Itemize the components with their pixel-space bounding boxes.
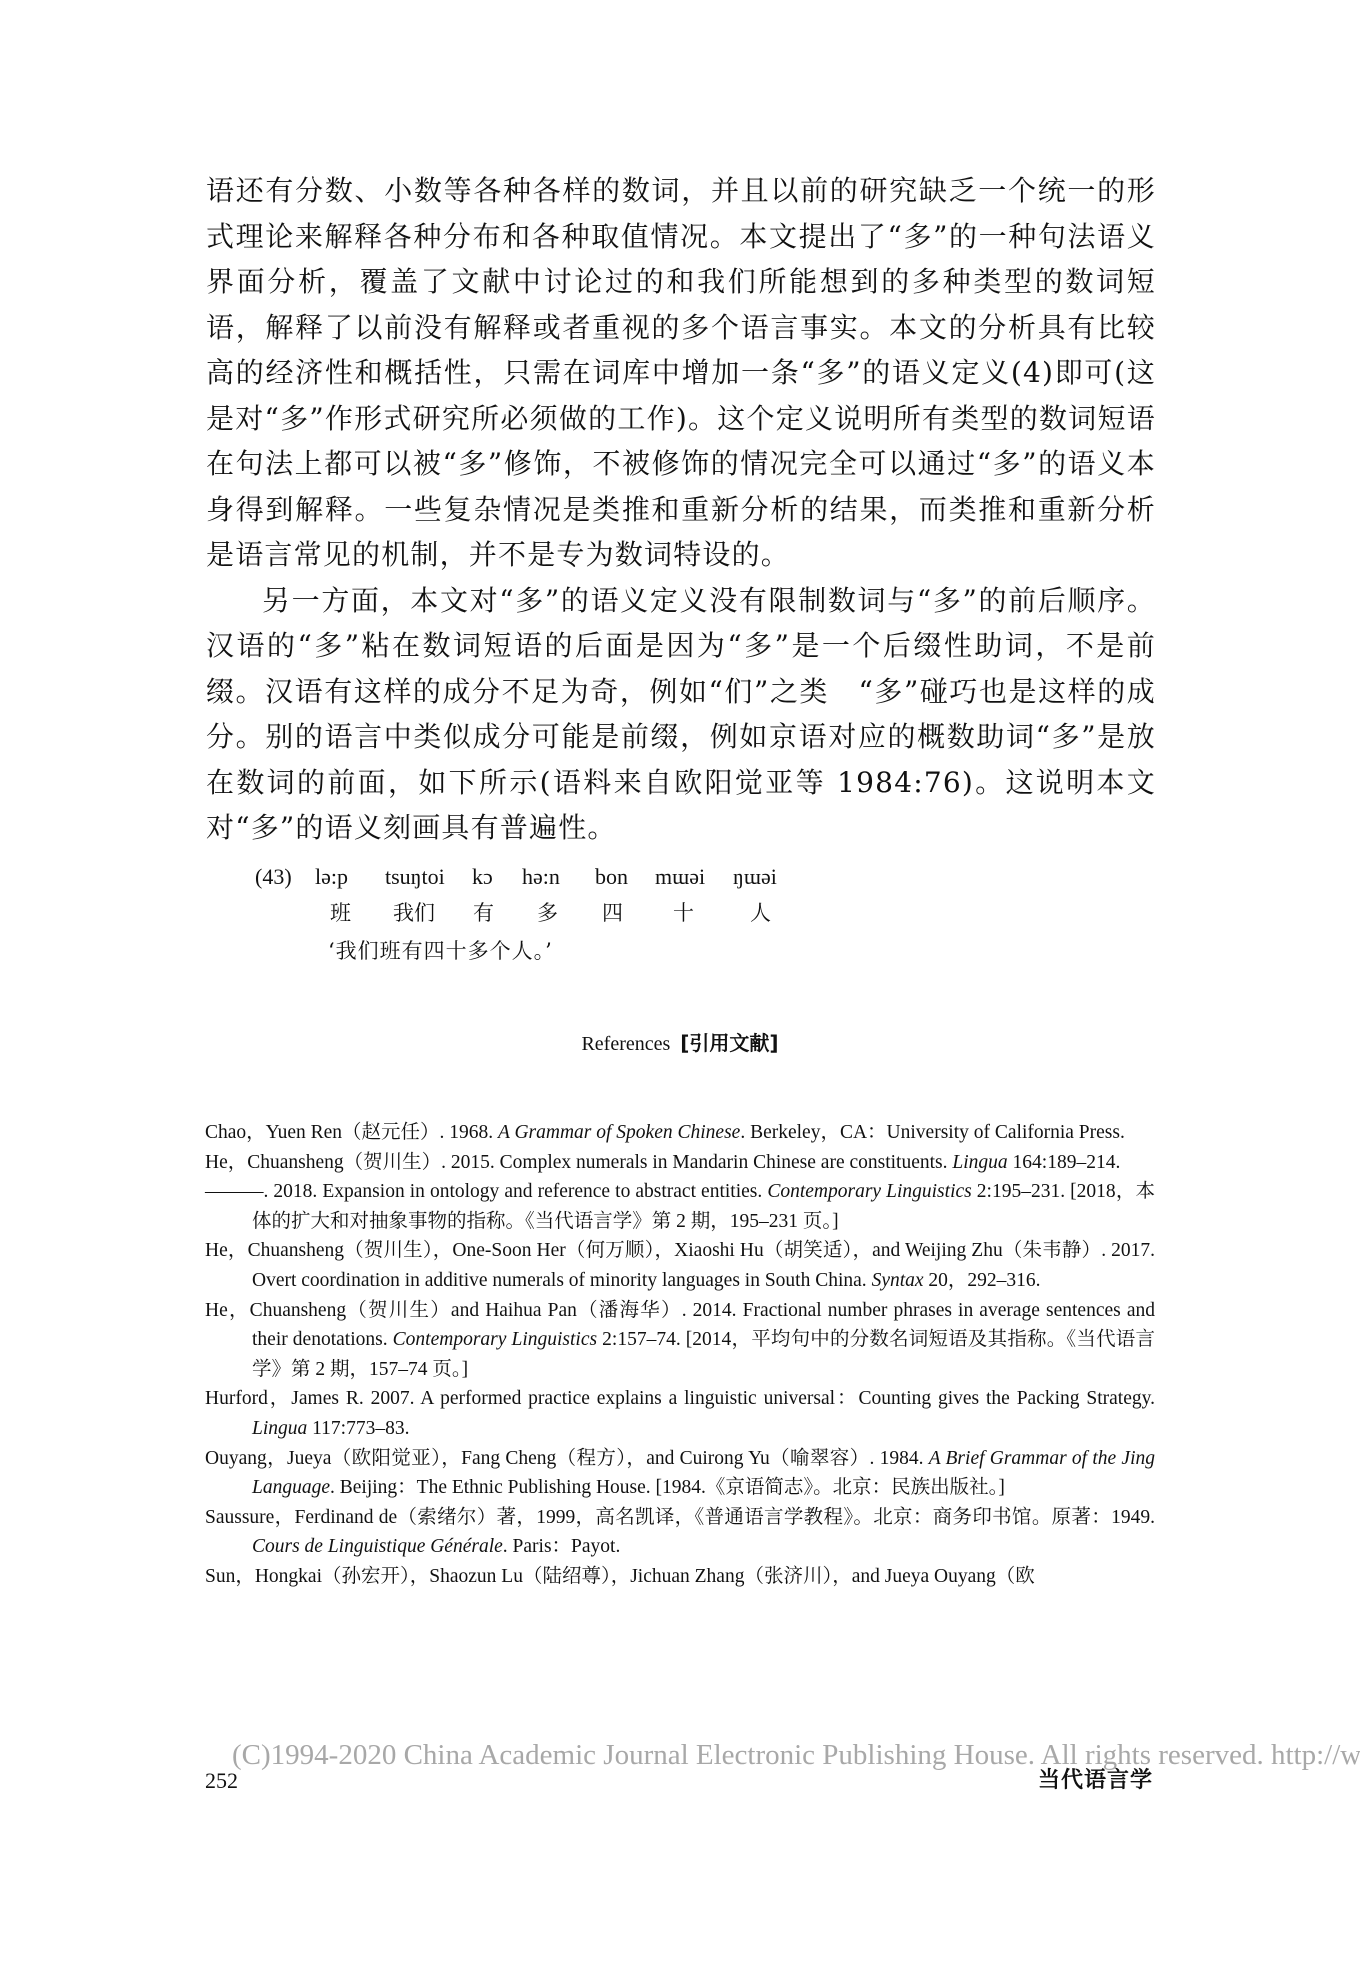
example-gloss: 有 [473, 898, 494, 928]
reference-text: 20，292–316. [924, 1270, 1041, 1291]
example-word: lə:p [315, 860, 348, 894]
paper-page: 语还有分数、小数等各种各样的数词，并且以前的研究缺乏一个统一的形式理论来解释各种… [0, 0, 1360, 1965]
body-paragraph-1: 语还有分数、小数等各种各样的数词，并且以前的研究缺乏一个统一的形式理论来解释各种… [206, 168, 1156, 578]
reference-entry: He，Chuansheng（贺川生），One-Soon Her（何万顺），Xia… [205, 1236, 1155, 1295]
reference-text: Sun，Hongkai（孙宏开），Shaozun Lu（陆绍尊），Jichuan… [205, 1566, 1035, 1587]
reference-text: 164:189–214. [1008, 1152, 1121, 1173]
example-gloss: 人 [750, 898, 771, 928]
example-gloss: 班 [330, 898, 351, 928]
reference-entry: Chao，Yuen Ren（赵元任）. 1968. A Grammar of S… [205, 1118, 1155, 1148]
reference-entry: Sun，Hongkai（孙宏开），Shaozun Lu（陆绍尊），Jichuan… [205, 1562, 1155, 1592]
reference-entry: ———. 2018. Expansion in ontology and ref… [205, 1177, 1155, 1236]
example-word: bon [595, 860, 628, 894]
reference-text: He，Chuansheng（贺川生）. 2015. Complex numera… [205, 1152, 952, 1173]
example-word: hə:n [522, 860, 560, 894]
journal-name: 当代语言学 [1038, 1767, 1153, 1795]
body-paragraph-2: 另一方面，本文对“多”的语义定义没有限制数词与“多”的前后顺序。汉语的“多”粘在… [206, 578, 1156, 851]
references-heading-en: References [581, 1033, 670, 1055]
reference-text: ———. 2018. Expansion in ontology and ref… [205, 1181, 767, 1202]
body-text: 语还有分数、小数等各种各样的数词，并且以前的研究缺乏一个统一的形式理论来解释各种… [206, 168, 1156, 851]
reference-text: Hurford，James R. 2007. A performed pract… [205, 1388, 1155, 1409]
references-list: Chao，Yuen Ren（赵元任）. 1968. A Grammar of S… [205, 1118, 1155, 1592]
copyright-notice: (C)1994-2020 China Academic Journal Elec… [232, 1737, 1360, 1773]
example-number: (43) [255, 860, 292, 894]
reference-title: Lingua [252, 1418, 307, 1439]
reference-entry: He，Chuansheng（贺川生）. 2015. Complex numera… [205, 1148, 1155, 1178]
references-heading-zh: [引用文献] [680, 1031, 778, 1055]
reference-text: 117:773–83. [307, 1418, 409, 1439]
reference-text: Ouyang，Jueya（欧阳觉亚），Fang Cheng（程方），and Cu… [205, 1448, 929, 1469]
reference-title: Syntax [872, 1270, 924, 1291]
reference-text: Saussure，Ferdinand de（索绪尔）著，1999，高名凯译，《普… [205, 1507, 1155, 1528]
reference-entry: Saussure，Ferdinand de（索绪尔）著，1999，高名凯译，《普… [205, 1503, 1155, 1562]
example-gloss: 四 [602, 898, 623, 928]
reference-entry: Hurford，James R. 2007. A performed pract… [205, 1384, 1155, 1443]
reference-text: . Beijing：The Ethnic Publishing House. [… [330, 1477, 1005, 1498]
example-gloss: 十 [673, 898, 694, 928]
example-word: kɔ [472, 860, 493, 894]
reference-title: Lingua [952, 1152, 1007, 1173]
example-word: ŋɯəi [733, 860, 777, 894]
linguistic-example: (43) lə:p tsuŋtoi kɔ hə:n bon mɯəi ŋɯəi … [255, 860, 955, 970]
page-number: 252 [205, 1767, 238, 1795]
reference-entry: He，Chuansheng（贺川生）and Haihua Pan（潘海华）. 2… [205, 1296, 1155, 1385]
example-gloss: 我们 [393, 898, 435, 928]
reference-title: Contemporary Linguistics [393, 1329, 597, 1350]
example-word: tsuŋtoi [385, 860, 445, 894]
reference-title: Cours de Linguistique Générale [252, 1536, 503, 1557]
reference-entry: Ouyang，Jueya（欧阳觉亚），Fang Cheng（程方），and Cu… [205, 1444, 1155, 1503]
reference-title: Contemporary Linguistics [767, 1181, 971, 1202]
example-word: mɯəi [655, 860, 705, 894]
references-heading: References[引用文献] [0, 1028, 1360, 1059]
reference-title: A Grammar of Spoken Chinese [498, 1122, 740, 1143]
reference-text: . Paris：Payot. [503, 1536, 621, 1557]
reference-text: . Berkeley，CA：University of California P… [740, 1122, 1125, 1143]
reference-text: Chao，Yuen Ren（赵元任）. 1968. [205, 1122, 498, 1143]
example-translation: ‘我们班有四十多个人。’ [328, 936, 553, 966]
example-gloss: 多 [537, 898, 558, 928]
